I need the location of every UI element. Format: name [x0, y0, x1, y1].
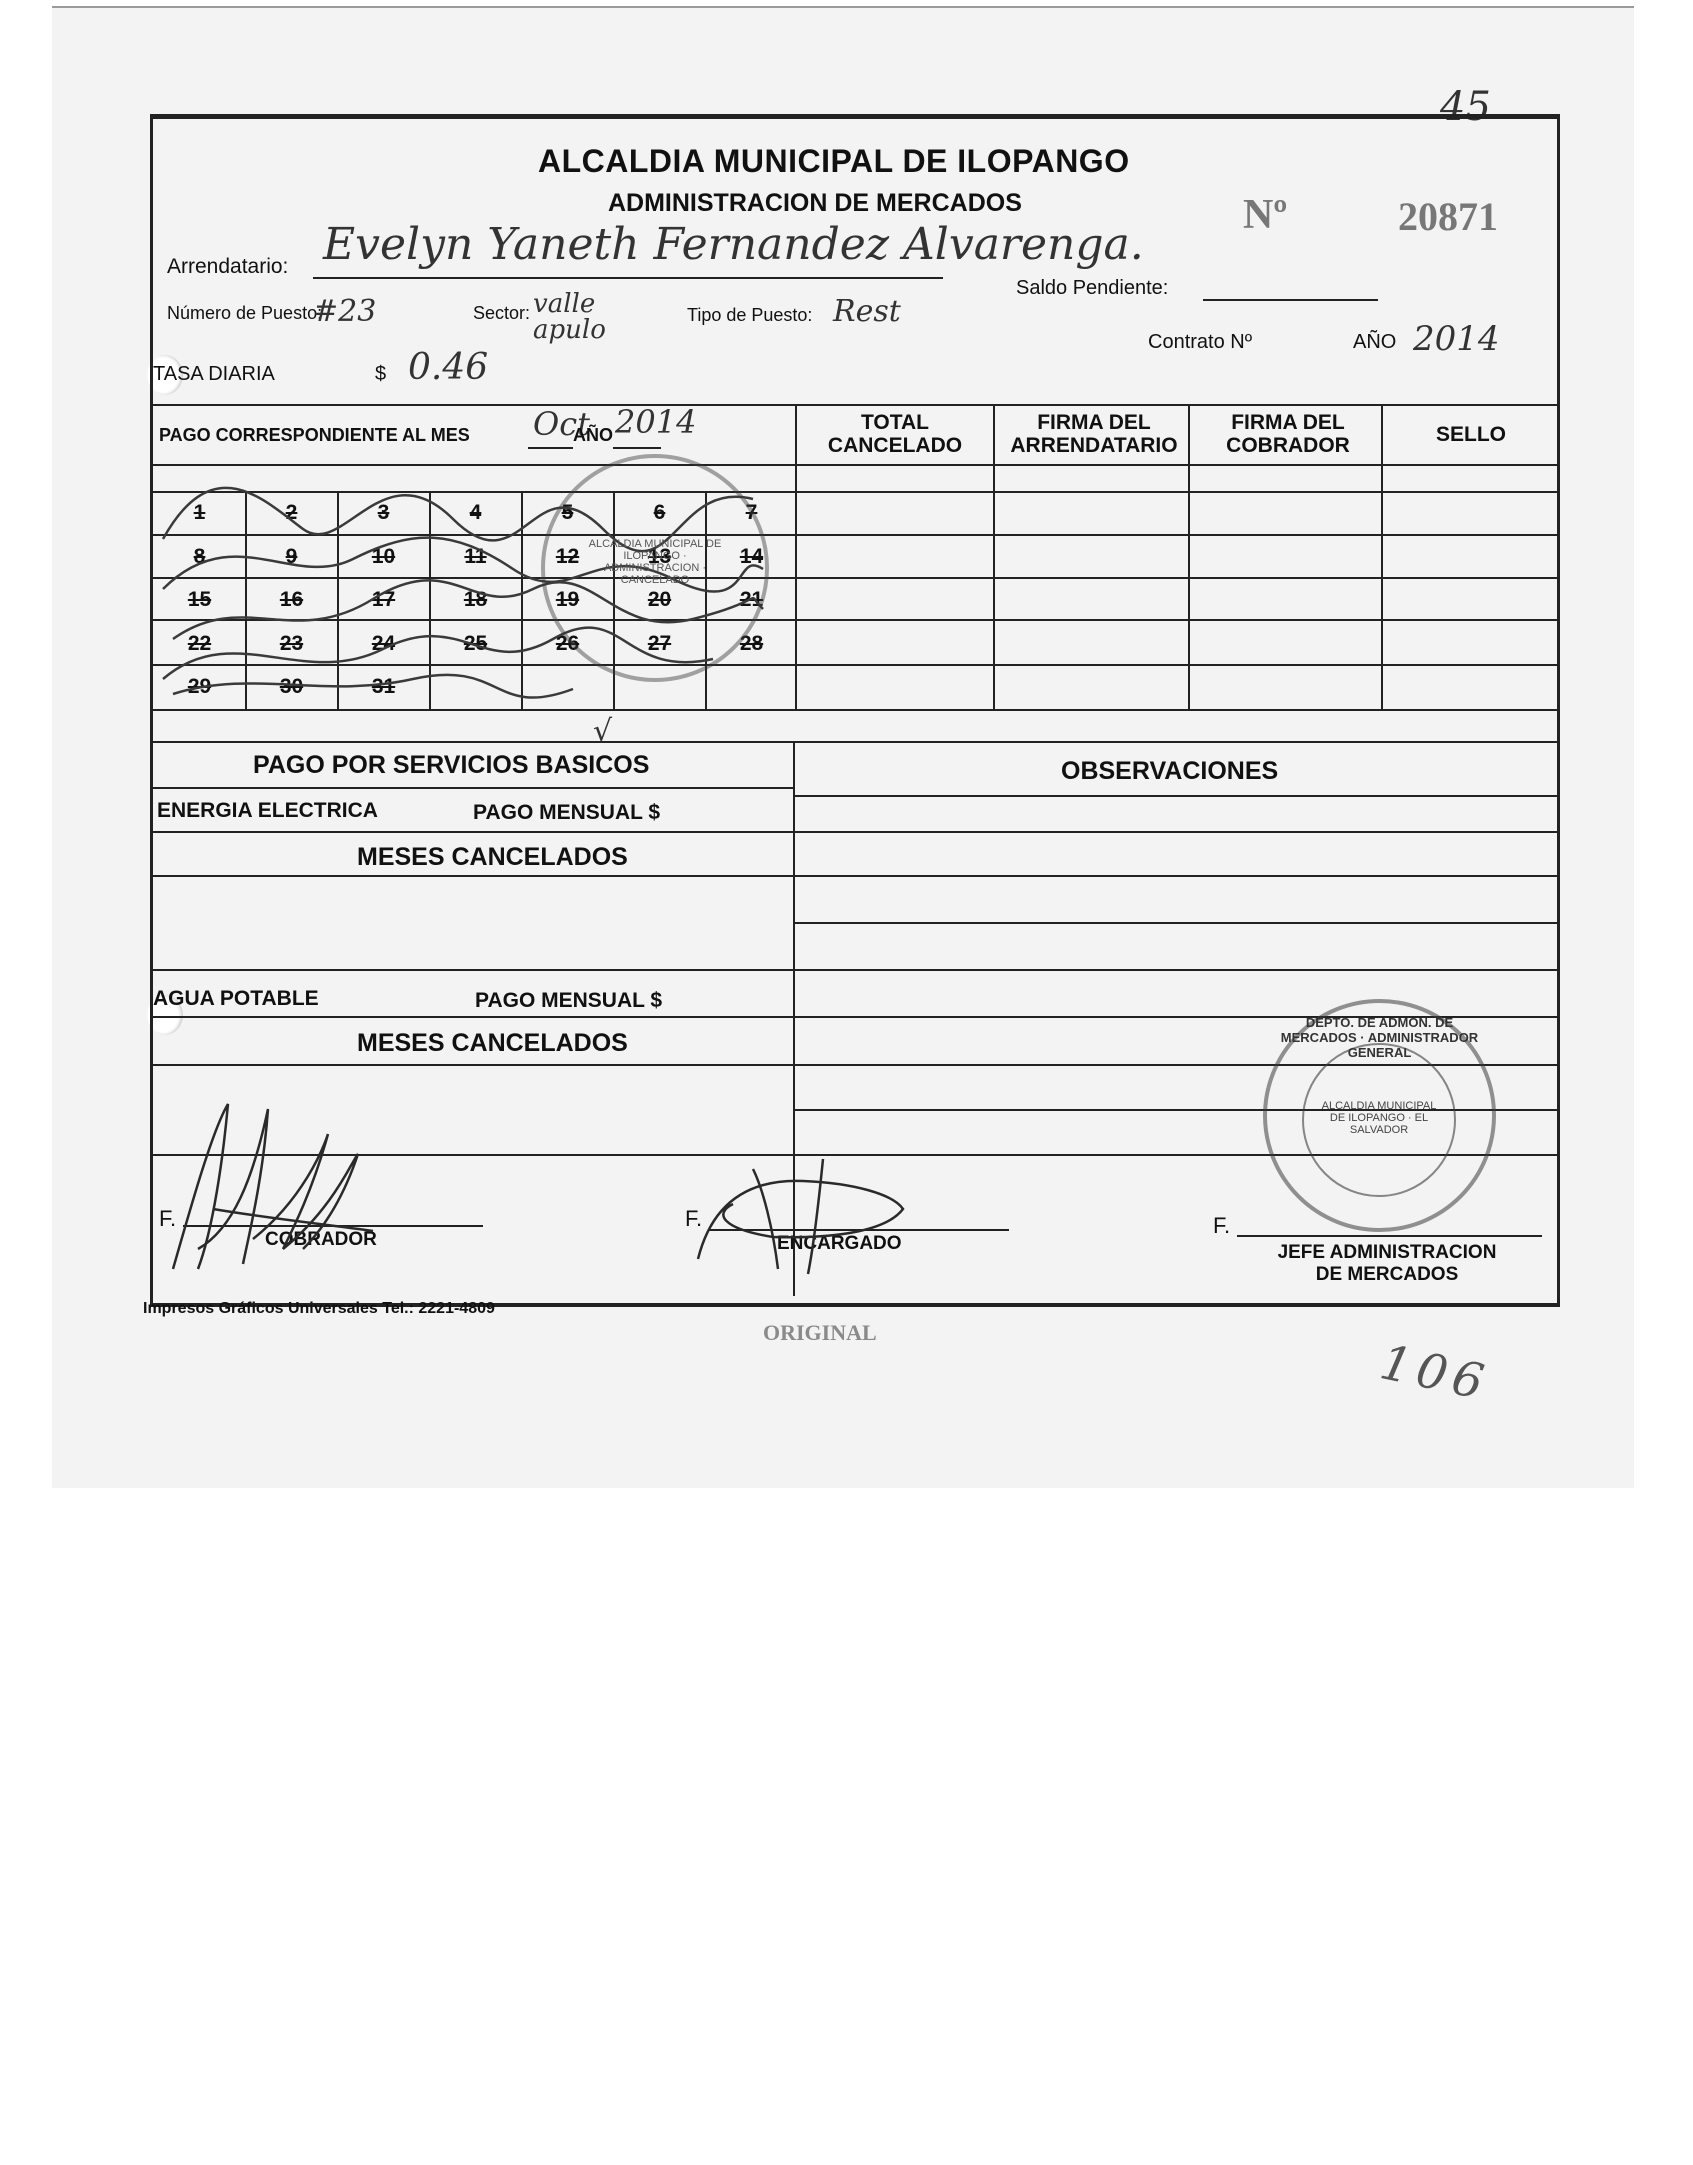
- divider: [1188, 404, 1190, 709]
- day-cell-2[interactable]: 2: [245, 491, 338, 535]
- divider: [793, 741, 795, 1296]
- payment-stamp-text: ALCALDIA MUNICIPAL DE ILOPANGO · ADMINIS…: [575, 538, 735, 586]
- jefe-label-line1: JEFE ADMINISTRACION: [1237, 1242, 1537, 1264]
- admin-stamp-inner-ring: ALCALDIA MUNICIPAL DE ILOPANGO · EL SALV…: [1302, 1043, 1456, 1197]
- col-total-cancelado: TOTAL CANCELADO: [795, 411, 995, 457]
- divider: [793, 922, 1557, 924]
- encargado-label: ENCARGADO: [777, 1233, 902, 1255]
- divider: [1381, 404, 1383, 709]
- day-cell-25[interactable]: 25: [429, 622, 522, 666]
- divider: [153, 969, 1557, 971]
- saldo-label: Saldo Pendiente:: [1016, 277, 1168, 300]
- agua-pago-label: PAGO MENSUAL $: [475, 989, 662, 1013]
- day-cell-1[interactable]: 1: [153, 491, 246, 535]
- day-cell-17[interactable]: 17: [337, 578, 430, 622]
- tipo-label: Tipo de Puesto:: [687, 305, 812, 326]
- divider: [153, 404, 1557, 406]
- mes-anio-label: AÑO: [573, 425, 613, 446]
- puesto-field[interactable]: #23: [313, 294, 376, 329]
- day-cell-22[interactable]: 22: [153, 622, 246, 666]
- contrato-label: Contrato Nº: [1148, 331, 1252, 354]
- admin-stamp-inner-text: ALCALDIA MUNICIPAL DE ILOPANGO · EL SALV…: [1314, 1100, 1444, 1136]
- day-cell-30[interactable]: 30: [245, 665, 338, 709]
- agua-label: AGUA POTABLE: [153, 987, 319, 1011]
- mes-anio-field[interactable]: 2014: [615, 403, 696, 441]
- receipt-number-label: Nº: [1243, 191, 1287, 239]
- puesto-label: Número de Puesto:: [167, 303, 322, 324]
- energia-label: ENERGIA ELECTRICA: [157, 799, 378, 823]
- tasa-field[interactable]: 0.46: [408, 347, 488, 388]
- day-cell-8[interactable]: 8: [153, 535, 246, 579]
- day-cell-23[interactable]: 23: [245, 622, 338, 666]
- saldo-field[interactable]: [1203, 299, 1378, 301]
- divider: [153, 787, 793, 789]
- admin-stamp: DEPTO. DE ADMON. DE MERCADOS · ADMINISTR…: [1263, 999, 1496, 1232]
- day-cell-31[interactable]: 31: [337, 665, 430, 709]
- jefe-label-line2: DE MERCADOS: [1237, 1264, 1537, 1286]
- day-cell-9[interactable]: 9: [245, 535, 338, 579]
- arrendatario-line: [313, 277, 943, 279]
- form-subtitle: ADMINISTRACION DE MERCADOS: [608, 189, 1022, 218]
- check-mark: √: [593, 714, 612, 749]
- encargado-f-prefix: F.: [685, 1206, 702, 1232]
- observaciones-title: OBSERVACIONES: [1061, 757, 1278, 786]
- jefe-label: JEFE ADMINISTRACION DE MERCADOS: [1237, 1242, 1537, 1286]
- divider: [793, 795, 1557, 797]
- services-title: PAGO POR SERVICIOS BASICOS: [253, 751, 649, 780]
- cobrador-label: COBRADOR: [265, 1229, 377, 1251]
- day-cell-16[interactable]: 16: [245, 578, 338, 622]
- receipt-form: ALCALDIA MUNICIPAL DE ILOPANGO ADMINISTR…: [150, 114, 1560, 1307]
- divider: [153, 709, 1557, 711]
- sector-field[interactable]: valle apulo: [533, 291, 613, 343]
- cobrador-signature-line[interactable]: [183, 1225, 483, 1227]
- printer-credit: Impresos Gráficos Universales Tel.: 2221…: [143, 1300, 495, 1318]
- day-cell-24[interactable]: 24: [337, 622, 430, 666]
- divider: [153, 831, 1557, 833]
- jefe-signature-line[interactable]: [1237, 1235, 1542, 1237]
- energia-pago-label: PAGO MENSUAL $: [473, 801, 660, 825]
- anio-field[interactable]: 2014: [1413, 319, 1500, 359]
- mes-label: PAGO CORRESPONDIENTE AL MES: [159, 425, 470, 446]
- day-cell-3[interactable]: 3: [337, 491, 430, 535]
- jefe-f-prefix: F.: [1213, 1213, 1230, 1239]
- day-cell-11[interactable]: 11: [429, 535, 522, 579]
- tasa-currency: $: [375, 363, 386, 386]
- col-firma-cobrador: FIRMA DEL COBRADOR: [1193, 411, 1383, 457]
- col-firma-arrendatario: FIRMA DEL ARRENDATARIO: [998, 411, 1190, 457]
- arrendatario-field[interactable]: Evelyn Yaneth Fernandez Alvarenga.: [323, 219, 1144, 270]
- anio-label: AÑO: [1353, 331, 1396, 354]
- divider: [993, 404, 995, 709]
- mes-line: [528, 447, 573, 449]
- sector-label: Sector:: [473, 303, 530, 324]
- divider: [153, 741, 1557, 743]
- tipo-field[interactable]: Rest: [833, 294, 901, 329]
- agua-meses-label: MESES CANCELADOS: [357, 1029, 628, 1058]
- day-cell-15[interactable]: 15: [153, 578, 246, 622]
- form-title: ALCALDIA MUNICIPAL DE ILOPANGO: [538, 143, 1130, 180]
- day-cell-10[interactable]: 10: [337, 535, 430, 579]
- mes-anio-line: [613, 447, 661, 449]
- tasa-label: TASA DIARIA: [153, 363, 275, 386]
- divider: [153, 875, 1557, 877]
- receipt-number: 20871: [1398, 193, 1498, 240]
- day-cell-29[interactable]: 29: [153, 665, 246, 709]
- energia-meses-label: MESES CANCELADOS: [357, 843, 628, 872]
- cobrador-f-prefix: F.: [159, 1206, 176, 1232]
- payment-stamp: ALCALDIA MUNICIPAL DE ILOPANGO · ADMINIS…: [541, 454, 769, 682]
- divider: [153, 464, 1557, 466]
- day-cell-4[interactable]: 4: [429, 491, 522, 535]
- copy-label: ORIGINAL: [763, 1320, 877, 1346]
- day-cell-18[interactable]: 18: [429, 578, 522, 622]
- encargado-signature-line[interactable]: [709, 1229, 1009, 1231]
- col-sello: SELLO: [1386, 423, 1556, 446]
- arrendatario-label: Arrendatario:: [167, 255, 288, 279]
